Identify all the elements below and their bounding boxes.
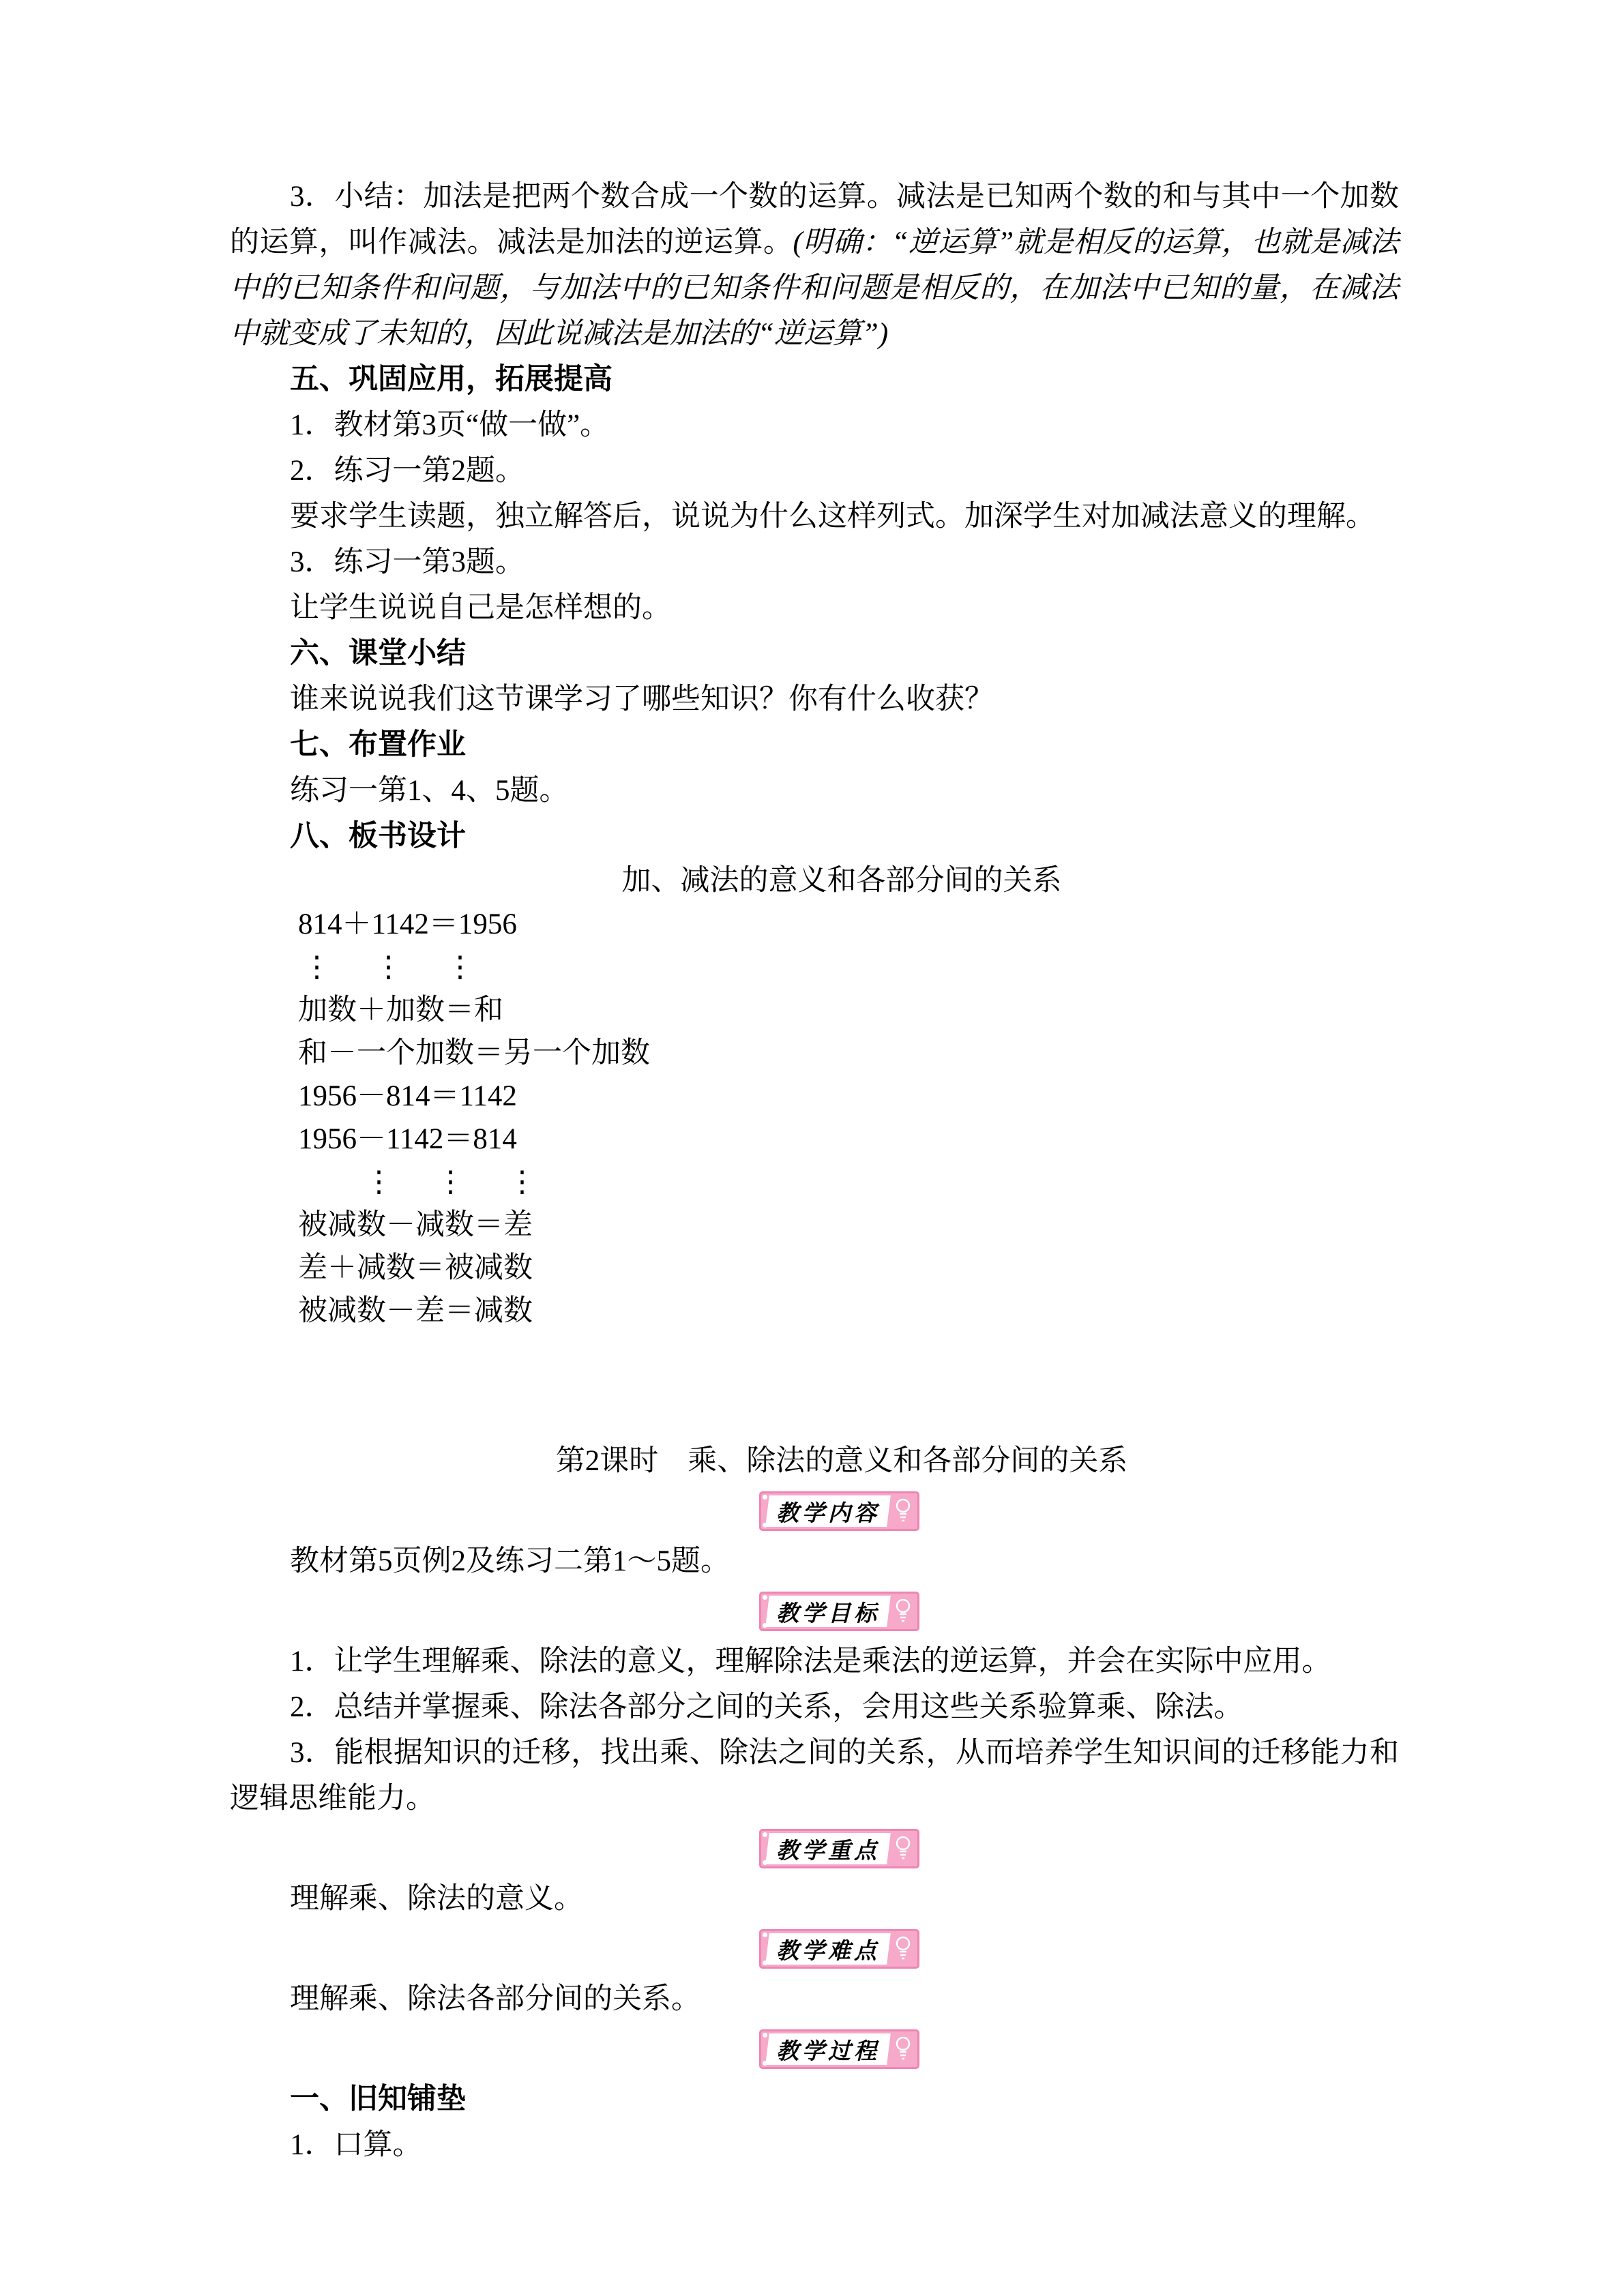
lightbulb-icon (891, 1833, 915, 1864)
board-relation-4: 差＋减数＝被减数 (298, 1247, 1399, 1289)
board-design-block: 加、减法的意义和各部分间的关系 814＋1142＝1956 ⋮ ⋮ ⋮ 加数＋加… (230, 859, 1399, 1332)
heading-section5: 五、巩固应用，拓展提高 (230, 357, 1399, 402)
heading-section6: 六、课堂小结 (230, 631, 1399, 676)
section6-text: 谁来说说我们这节课学习了哪些知识？你有什么收获？ (230, 676, 1399, 722)
board-relation-2: 和－一个加数＝另一个加数 (298, 1032, 1399, 1075)
section5-item-3: 要求学生读题，独立解答后，说说为什么这样列式。加深学生对加减法意义的理解。 (230, 494, 1399, 539)
board-dots-row-1: ⋮ ⋮ ⋮ (302, 946, 1399, 989)
vertical-ellipsis: ⋮ (302, 946, 317, 989)
vertical-ellipsis: ⋮ (374, 946, 389, 989)
section7-text: 练习一第1、4、5题。 (230, 768, 1399, 814)
teaching-goal-3: 3．能根据知识的迁移，找出乘、除法之间的关系，从而培养学生知识间的迁移能力和逻辑… (230, 1730, 1399, 1821)
badge-teaching-content-label: 教学内容 (776, 1495, 880, 1527)
teaching-goal-1: 1．让学生理解乘、除法的意义，理解除法是乘法的逆运算，并会在实际中应用。 (230, 1639, 1399, 1684)
badge-teaching-focus-label: 教学重点 (776, 1833, 880, 1865)
board-relation-3: 被减数－减数＝差 (298, 1204, 1399, 1247)
lightbulb-icon (891, 2033, 915, 2065)
lightbulb-icon (891, 1933, 915, 1965)
vertical-ellipsis: ⋮ (445, 946, 460, 989)
heading-section7: 七、布置作业 (230, 722, 1399, 768)
section5-item-2: 2．练习一第2题。 (230, 448, 1399, 494)
badge-teaching-content: 教学内容 (759, 1491, 919, 1531)
section5-item-5: 让学生说说自己是怎样想的。 (230, 585, 1399, 631)
board-relation-1: 加数＋加数＝和 (298, 989, 1399, 1032)
board-relation-5: 被减数－差＝减数 (298, 1289, 1399, 1332)
section5-item-4: 3．练习一第3题。 (230, 539, 1399, 585)
vertical-ellipsis: ⋮ (436, 1161, 451, 1204)
badge-corner-dot (763, 1832, 767, 1837)
teaching-goal-2: 2．总结并掌握乘、除法各部分之间的关系，会用这些关系验算乘、除法。 (230, 1684, 1399, 1730)
teaching-difficulty-text: 理解乘、除法各部分间的关系。 (230, 1976, 1399, 2022)
badge-teaching-focus: 教学重点 (759, 1829, 919, 1868)
summary-paragraph: 3．小结：加法是把两个数合成一个数的运算。减法是已知两个数的和与其中一个加数的运… (230, 174, 1399, 357)
teaching-focus-text: 理解乘、除法的意义。 (230, 1876, 1399, 1922)
board-equation-1: 814＋1142＝1956 (298, 903, 1399, 946)
lightbulb-icon (891, 1495, 915, 1527)
badge-corner-dot (763, 2033, 767, 2038)
badge-corner-dot (763, 1595, 767, 1600)
badge-teaching-difficulty-label: 教学难点 (776, 1933, 880, 1965)
section5-item-1: 1．教材第3页“做一做”。 (230, 402, 1399, 448)
lesson-plan-page: 3．小结：加法是把两个数合成一个数的运算。减法是已知两个数的和与其中一个加数的运… (0, 0, 1624, 2296)
board-title: 加、减法的意义和各部分间的关系 (257, 859, 1426, 903)
badge-teaching-process: 教学过程 (759, 2029, 919, 2069)
process-item-1: 1．口算。 (230, 2122, 1399, 2168)
board-equation-3: 1956－1142＝814 (298, 1118, 1399, 1161)
badge-teaching-difficulty: 教学难点 (759, 1929, 919, 1969)
vertical-ellipsis: ⋮ (507, 1161, 522, 1204)
heading-section8: 八、板书设计 (230, 814, 1399, 859)
badge-teaching-goal: 教学目标 (759, 1592, 919, 1631)
heading-process-section1: 一、旧知铺垫 (230, 2076, 1399, 2122)
badge-corner-dot (763, 1933, 767, 1937)
badge-corner-dot (763, 1495, 767, 1500)
teaching-content-text: 教材第5页例2及练习二第1～5题。 (230, 1538, 1399, 1584)
board-equation-2: 1956－814＝1142 (298, 1075, 1399, 1118)
badge-teaching-process-label: 教学过程 (776, 2033, 880, 2066)
board-dots-row-2: ⋮ ⋮ ⋮ (364, 1161, 1399, 1204)
lesson2-title: 第2课时 乘、除法的意义和各部分间的关系 (257, 1438, 1426, 1484)
vertical-ellipsis: ⋮ (364, 1161, 379, 1204)
badge-teaching-goal-label: 教学目标 (776, 1596, 880, 1628)
lightbulb-icon (891, 1596, 915, 1627)
